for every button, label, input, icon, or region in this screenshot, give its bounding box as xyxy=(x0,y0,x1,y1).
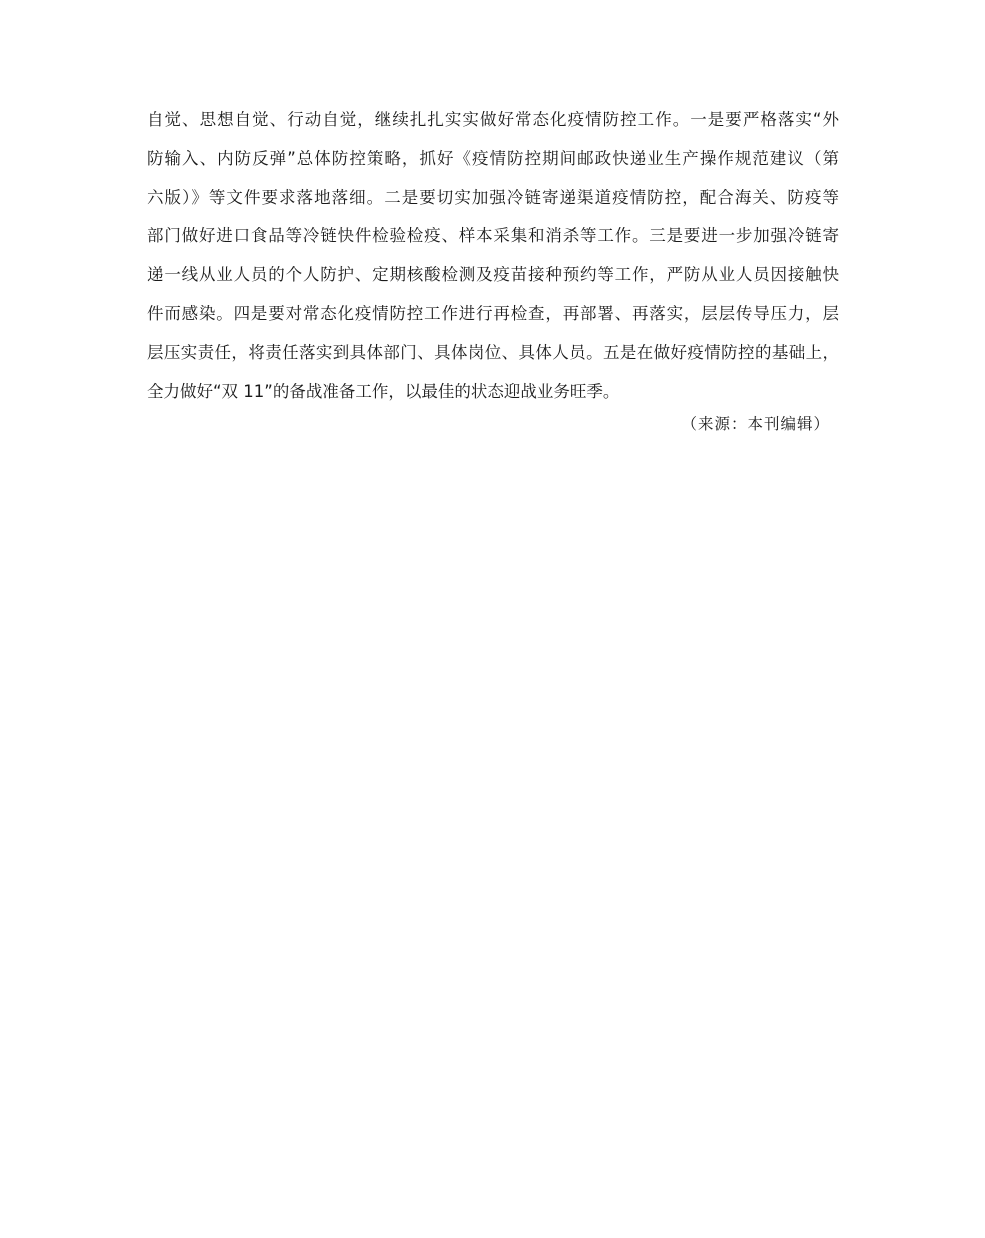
paragraph-line: 递一线从业人员的个人防护、定期核酸检测及疫苗接种预约等工作，严防从业人员因接触快 xyxy=(147,256,839,295)
paragraph-line: 全力做好“双 11”的备战准备工作，以最佳的状态迎战业务旺季。 xyxy=(147,373,839,412)
paragraph-line: 防输入、内防反弹”总体防控策略，抓好《疫情防控期间邮政快递业生产操作规范建议（第 xyxy=(147,140,839,179)
paragraph-line: 自觉、思想自觉、行动自觉，继续扎扎实实做好常态化疫情防控工作。一是要严格落实“外 xyxy=(147,101,839,140)
paragraph-line: 部门做好进口食品等冷链快件检验检疫、样本采集和消杀等工作。三是要进一步加强冷链寄 xyxy=(147,217,839,256)
paragraph-line: 层压实责任，将责任落实到具体部门、具体岗位、具体人员。五是在做好疫情防控的基础上… xyxy=(147,334,839,373)
source-attribution: （来源：本刊编辑） xyxy=(681,412,830,436)
paragraph-line: 六版）》等文件要求落地落细。二是要切实加强冷链寄递渠道疫情防控，配合海关、防疫等 xyxy=(147,179,839,218)
article-paragraph: 自觉、思想自觉、行动自觉，继续扎扎实实做好常态化疫情防控工作。一是要严格落实“外… xyxy=(147,101,839,411)
document-page: 自觉、思想自觉、行动自觉，继续扎扎实实做好常态化疫情防控工作。一是要严格落实“外… xyxy=(0,0,985,1238)
paragraph-line: 件而感染。四是要对常态化疫情防控工作进行再检查，再部署、再落实，层层传导压力，层 xyxy=(147,295,839,334)
